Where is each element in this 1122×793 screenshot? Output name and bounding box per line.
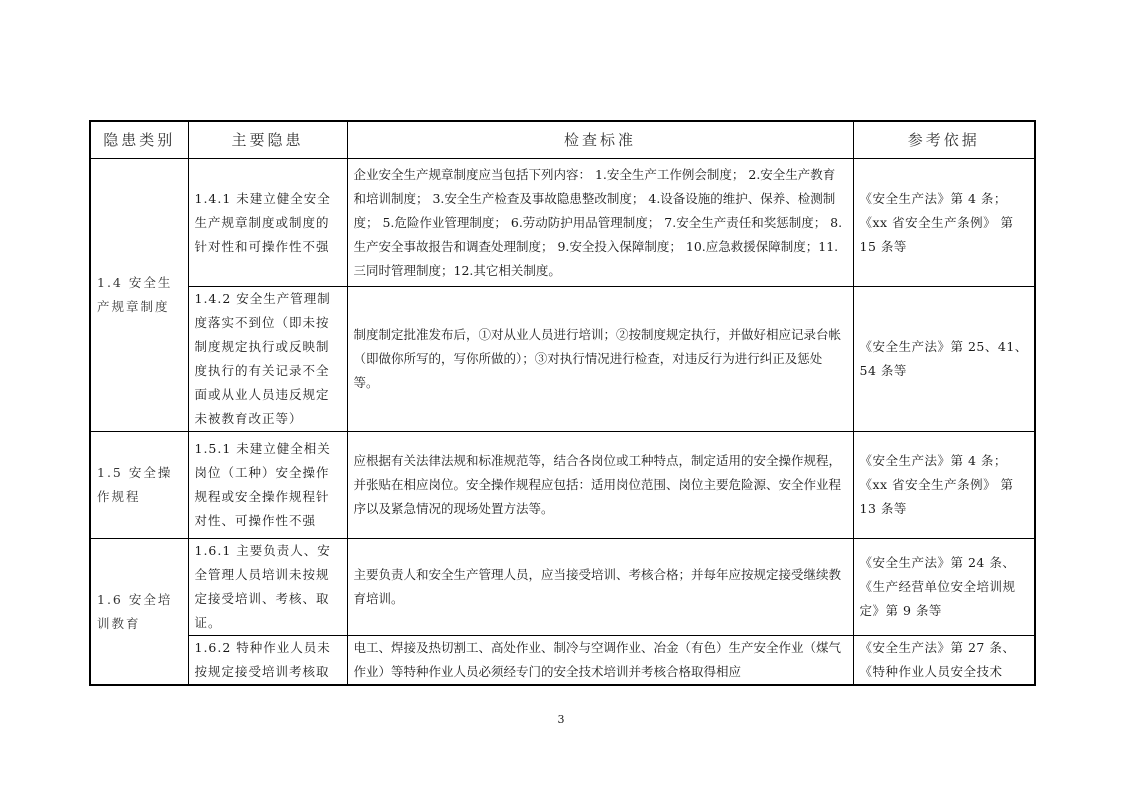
table-row: 1.6 安全培训教育 1.6.1 主要负责人、安全管理人员培训未按规定接受培训、… (90, 539, 1035, 636)
standard-cell: 电工、焊接及热切割工、高处作业、制冷与空调作业、冶金（有色）生产安全作业（煤气作… (347, 636, 853, 686)
issue-cell: 1.6.1 主要负责人、安全管理人员培训未按规定接受培训、考核、取证。 (188, 539, 347, 636)
category-cell: 1.6 安全培训教育 (90, 539, 188, 686)
table-row: 1.4.2 安全生产管理制度落实不到位（即未按制度规定执行或反映制度执行的有关记… (90, 287, 1035, 432)
standard-cell: 企业安全生产规章制度应当包括下列内容： 1.安全生产工作例会制度； 2.安全生产… (347, 159, 853, 287)
table-header-row: 隐患类别 主要隐患 检查标准 参考依据 (90, 121, 1035, 159)
reference-cell: 《安全生产法》第 25、41、54 条等 (853, 287, 1035, 432)
reference-cell: 《安全生产法》第 4 条；《xx 省安全生产条例》 第 15 条等 (853, 159, 1035, 287)
header-reference-basis: 参考依据 (853, 121, 1035, 159)
hazard-inspection-table: 隐患类别 主要隐患 检查标准 参考依据 1.4 安全生产规章制度 1.4.1 未… (89, 120, 1036, 686)
standard-cell: 应根据有关法律法规和标准规范等，结合各岗位或工种特点，制定适用的安全操作规程，并… (347, 432, 853, 539)
header-inspection-standard: 检查标准 (347, 121, 853, 159)
document-page: 隐患类别 主要隐患 检查标准 参考依据 1.4 安全生产规章制度 1.4.1 未… (0, 0, 1122, 793)
issue-cell: 1.5.1 未建立健全相关岗位（工种）安全操作规程或安全操作规程针对性、可操作性… (188, 432, 347, 539)
table-row: 1.5 安全操作规程 1.5.1 未建立健全相关岗位（工种）安全操作规程或安全操… (90, 432, 1035, 539)
category-cell: 1.5 安全操作规程 (90, 432, 188, 539)
issue-cell: 1.4.1 未建立健全安全生产规章制度或制度的针对性和可操作性不强 (188, 159, 347, 287)
page-number: 3 (0, 713, 1122, 726)
category-cell: 1.4 安全生产规章制度 (90, 159, 188, 432)
standard-cell: 制度制定批准发布后，①对从业人员进行培训；②按制度规定执行，并做好相应记录台帐（… (347, 287, 853, 432)
issue-cell: 1.4.2 安全生产管理制度落实不到位（即未按制度规定执行或反映制度执行的有关记… (188, 287, 347, 432)
table-row: 1.6.2 特种作业人员未按规定接受培训考核取 电工、焊接及热切割工、高处作业、… (90, 636, 1035, 686)
reference-cell: 《安全生产法》第 4 条；《xx 省安全生产条例》 第 13 条等 (853, 432, 1035, 539)
header-hazard-category: 隐患类别 (90, 121, 188, 159)
reference-cell: 《安全生产法》第 27 条、《特种作业人员安全技术 (853, 636, 1035, 686)
issue-cell: 1.6.2 特种作业人员未按规定接受培训考核取 (188, 636, 347, 686)
reference-cell: 《安全生产法》第 24 条、《生产经营单位安全培训规定》第 9 条等 (853, 539, 1035, 636)
table-row: 1.4 安全生产规章制度 1.4.1 未建立健全安全生产规章制度或制度的针对性和… (90, 159, 1035, 287)
header-main-hazard: 主要隐患 (188, 121, 347, 159)
standard-cell: 主要负责人和安全生产管理人员，应当接受培训、考核合格；并每年应按规定接受继续教育… (347, 539, 853, 636)
